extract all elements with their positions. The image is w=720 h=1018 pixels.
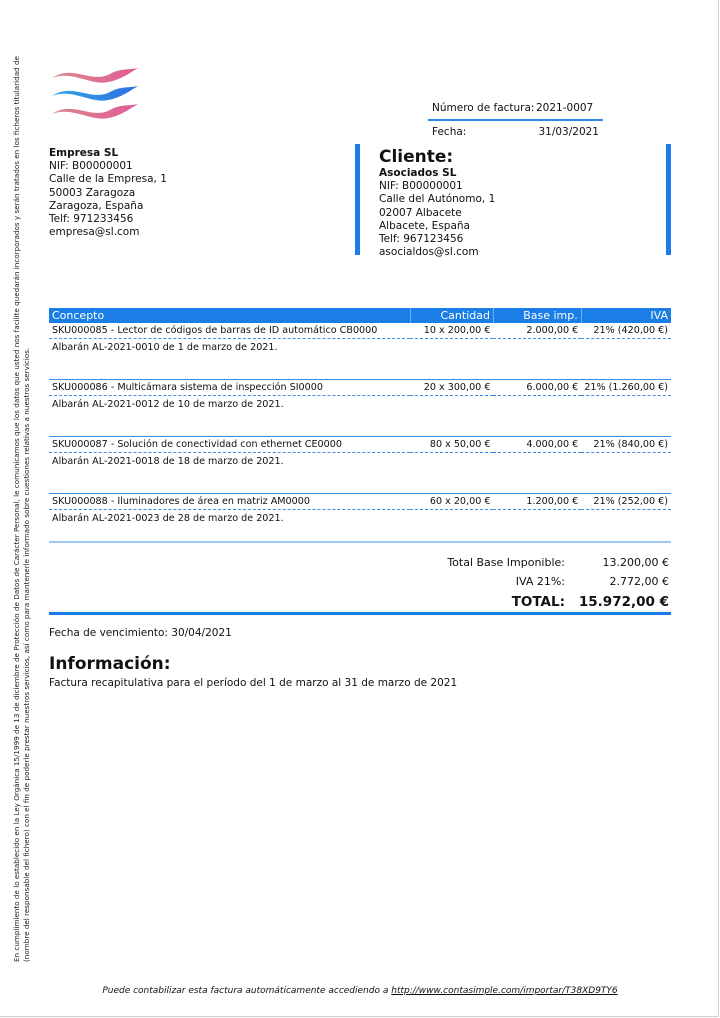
row-spacer: [49, 469, 671, 494]
client-phone: Telf: 967123456: [379, 233, 495, 246]
delivery-note: Albarán AL-2021-0010 de 1 de marzo de 20…: [49, 339, 671, 356]
column-header-quantity: Cantidad: [410, 308, 493, 323]
import-link[interactable]: http://www.contasimple.com/importar/T38X…: [391, 986, 617, 996]
client-accent-bar-left: [355, 144, 360, 255]
company-city: 50003 Zaragoza: [49, 187, 167, 200]
company-region: Zaragoza, España: [49, 200, 167, 213]
item-quantity: 80 x 50,00 €: [410, 437, 493, 453]
item-concept: SKU000086 - Multicámara sistema de inspe…: [49, 380, 410, 396]
legal-notice: En cumplimiento de lo establecido en la …: [12, 32, 32, 962]
row-spacer: [49, 355, 671, 380]
column-header-iva: IVA: [581, 308, 671, 323]
item-base: 1.200,00 €: [493, 494, 581, 510]
client-nif: NIF: B00000001: [379, 180, 495, 193]
invoice-date: 31/03/2021: [536, 126, 599, 138]
info-text: Factura recapitulativa para el período d…: [49, 677, 457, 689]
due-date: Fecha de vencimiento: 30/04/2021: [49, 627, 232, 639]
delivery-note: Albarán AL-2021-0012 de 10 de marzo de 2…: [49, 396, 671, 413]
invoice-items-table: Concepto Cantidad Base imp. IVA SKU00008…: [49, 308, 671, 526]
item-base: 2.000,00 €: [493, 323, 581, 339]
item-base: 4.000,00 €: [493, 437, 581, 453]
client-accent-bar-right: [666, 144, 671, 255]
iva-label: IVA 21%:: [420, 575, 565, 588]
company-name: Empresa SL: [49, 147, 167, 160]
company-nif: NIF: B00000001: [49, 160, 167, 173]
table-row: SKU000085 - Lector de códigos de barras …: [49, 323, 671, 339]
client-box: Cliente: Asociados SL NIF: B00000001 Cal…: [355, 144, 671, 255]
waves-logo-icon: [48, 64, 144, 124]
footer-text: Puede contabilizar esta factura automáti…: [102, 986, 391, 996]
item-iva: 21% (252,00 €): [581, 494, 671, 510]
total-base-value: 13.200,00 €: [565, 556, 669, 569]
grand-total-value: 15.972,00 €: [565, 594, 669, 610]
item-concept: SKU000088 - Iluminadores de área en matr…: [49, 494, 410, 510]
item-iva: 21% (420,00 €): [581, 323, 671, 339]
table-row: SKU000086 - Multicámara sistema de inspe…: [49, 380, 671, 396]
client-region: Albacete, España: [379, 220, 495, 233]
delivery-note: Albarán AL-2021-0018 de 18 de marzo de 2…: [49, 453, 671, 470]
item-iva: 21% (1.260,00 €): [581, 380, 671, 396]
client-name: Asociados SL: [379, 167, 495, 180]
item-quantity: 10 x 200,00 €: [410, 323, 493, 339]
iva-value: 2.772,00 €: [565, 575, 669, 588]
table-row-note: Albarán AL-2021-0012 de 10 de marzo de 2…: [49, 396, 671, 413]
grand-total-label: TOTAL:: [420, 594, 565, 610]
client-city: 02007 Albacete: [379, 207, 495, 220]
invoice-date-label: Fecha:: [432, 126, 536, 138]
issuer-company: Empresa SL NIF: B00000001 Calle de la Em…: [49, 147, 167, 239]
client-heading: Cliente:: [379, 147, 495, 167]
invoice-number: 2021-0007: [536, 102, 599, 114]
divider-strong: [49, 612, 671, 615]
item-iva: 21% (840,00 €): [581, 437, 671, 453]
company-address: Calle de la Empresa, 1: [49, 173, 167, 186]
row-spacer: [49, 412, 671, 437]
table-row-note: Albarán AL-2021-0010 de 1 de marzo de 20…: [49, 339, 671, 356]
column-header-base: Base imp.: [493, 308, 581, 323]
info-heading: Información:: [49, 654, 171, 674]
invoice-number-label: Número de factura:: [432, 102, 536, 114]
table-row-note: Albarán AL-2021-0023 de 28 de marzo de 2…: [49, 510, 671, 527]
item-concept: SKU000085 - Lector de códigos de barras …: [49, 323, 410, 339]
invoice-meta: Número de factura: 2021-0007 Fecha: 31/0…: [428, 99, 603, 141]
company-phone: Telf: 971233456: [49, 213, 167, 226]
company-email: empresa@sl.com: [49, 226, 167, 239]
delivery-note: Albarán AL-2021-0023 de 28 de marzo de 2…: [49, 510, 671, 527]
footer-note: Puede contabilizar esta factura automáti…: [0, 986, 720, 996]
table-row: SKU000088 - Iluminadores de área en matr…: [49, 494, 671, 510]
total-base-label: Total Base Imponible:: [420, 556, 565, 569]
table-row: SKU000087 - Solución de conectividad con…: [49, 437, 671, 453]
item-quantity: 60 x 20,00 €: [410, 494, 493, 510]
item-quantity: 20 x 300,00 €: [410, 380, 493, 396]
client-address: Calle del Autónomo, 1: [379, 193, 495, 206]
table-header-row: Concepto Cantidad Base imp. IVA: [49, 308, 671, 323]
divider: [49, 541, 671, 543]
item-concept: SKU000087 - Solución de conectividad con…: [49, 437, 410, 453]
column-header-concept: Concepto: [49, 308, 410, 323]
client-email: asocialdos@sl.com: [379, 246, 495, 259]
item-base: 6.000,00 €: [493, 380, 581, 396]
table-row-note: Albarán AL-2021-0018 de 18 de marzo de 2…: [49, 453, 671, 470]
totals-block: Total Base Imponible: 13.200,00 € IVA 21…: [420, 553, 669, 613]
